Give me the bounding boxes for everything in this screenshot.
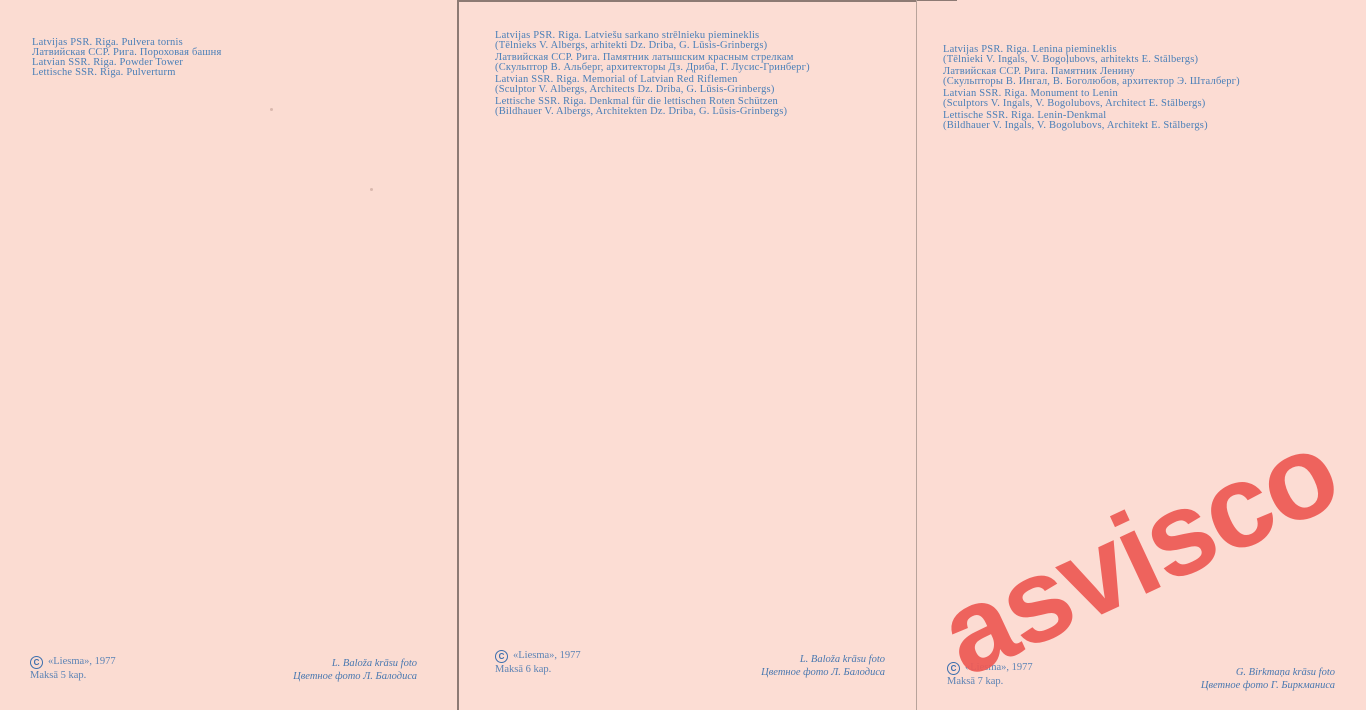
photo-credit-russian: Цветное фото Л. Балодиса (293, 670, 417, 683)
photo-credit-russian: Цветное фото Л. Балодиса (761, 666, 885, 679)
publisher: «Liesma», 1977 (48, 656, 116, 667)
caption-english-credits: (Sculptors V. Ingals, V. Bogolubovs, Arc… (943, 99, 1240, 109)
caption-russian-credits: (Скульпторы В. Ингал, В. Боголюбов, архи… (943, 77, 1240, 87)
price: Maksā 5 kap. (30, 669, 116, 683)
caption-latvian-credits: (Tēlnieki V. Ingals, V. Bogoļubovs, arhi… (943, 55, 1240, 65)
caption-german-credits: (Bildhauer V. Ingals, V. Bogolubovs, Arc… (943, 121, 1240, 131)
photo-credit: L. Baloža krāsu foto Цветное фото Л. Бал… (761, 653, 885, 679)
photo-credit: L. Baloža krāsu foto Цветное фото Л. Бал… (293, 657, 417, 683)
caption-german: Lettische SSR. Riga. Pulverturm (32, 68, 222, 78)
caption-latvian-credits: (Tēlnieks V. Albergs, arhitekti Dz. Drib… (495, 41, 810, 51)
caption-block: Latvijas PSR. Riga. Latviešu sarkano str… (495, 31, 810, 117)
caption-german-credits: (Bildhauer V. Albergs, Architekten Dz. D… (495, 107, 810, 117)
photo-credit-latvian: L. Baloža krāsu foto (761, 653, 885, 666)
caption-block: Latvijas PSR. Riga. Lenina piemineklis (… (943, 45, 1240, 131)
photo-credit: G. Birkmaņa krāsu foto Цветное фото Г. Б… (1201, 666, 1335, 692)
caption-english-credits: (Sculptor V. Albergs, Architects Dz. Dri… (495, 85, 810, 95)
photo-credit-russian: Цветное фото Г. Биркманиса (1201, 679, 1335, 692)
photo-credit-latvian: L. Baloža krāsu foto (293, 657, 417, 670)
photo-credit-latvian: G. Birkmaņa krāsu foto (1201, 666, 1335, 679)
publisher: «Liesma», 1977 (513, 650, 581, 661)
copyright-icon: C (947, 662, 960, 675)
copyright-icon: C (30, 656, 43, 669)
postcard-back-red-riflemen: Latvijas PSR. Riga. Latviešu sarkano str… (457, 0, 917, 710)
postcard-back-powder-tower: Latvijas PSR. Riga. Pulvera tornis Латви… (0, 0, 455, 710)
caption-russian-credits: (Скульптор В. Альберг, архитекторы Дз. Д… (495, 63, 810, 73)
publisher-info: C«Liesma», 1977 Maksā 5 kap. (30, 655, 116, 683)
copyright-icon: C (495, 650, 508, 663)
price: Maksā 6 kap. (495, 663, 581, 677)
caption-block: Latvijas PSR. Riga. Pulvera tornis Латви… (32, 38, 222, 78)
publisher-info: C«Liesma», 1977 Maksā 6 kap. (495, 649, 581, 677)
